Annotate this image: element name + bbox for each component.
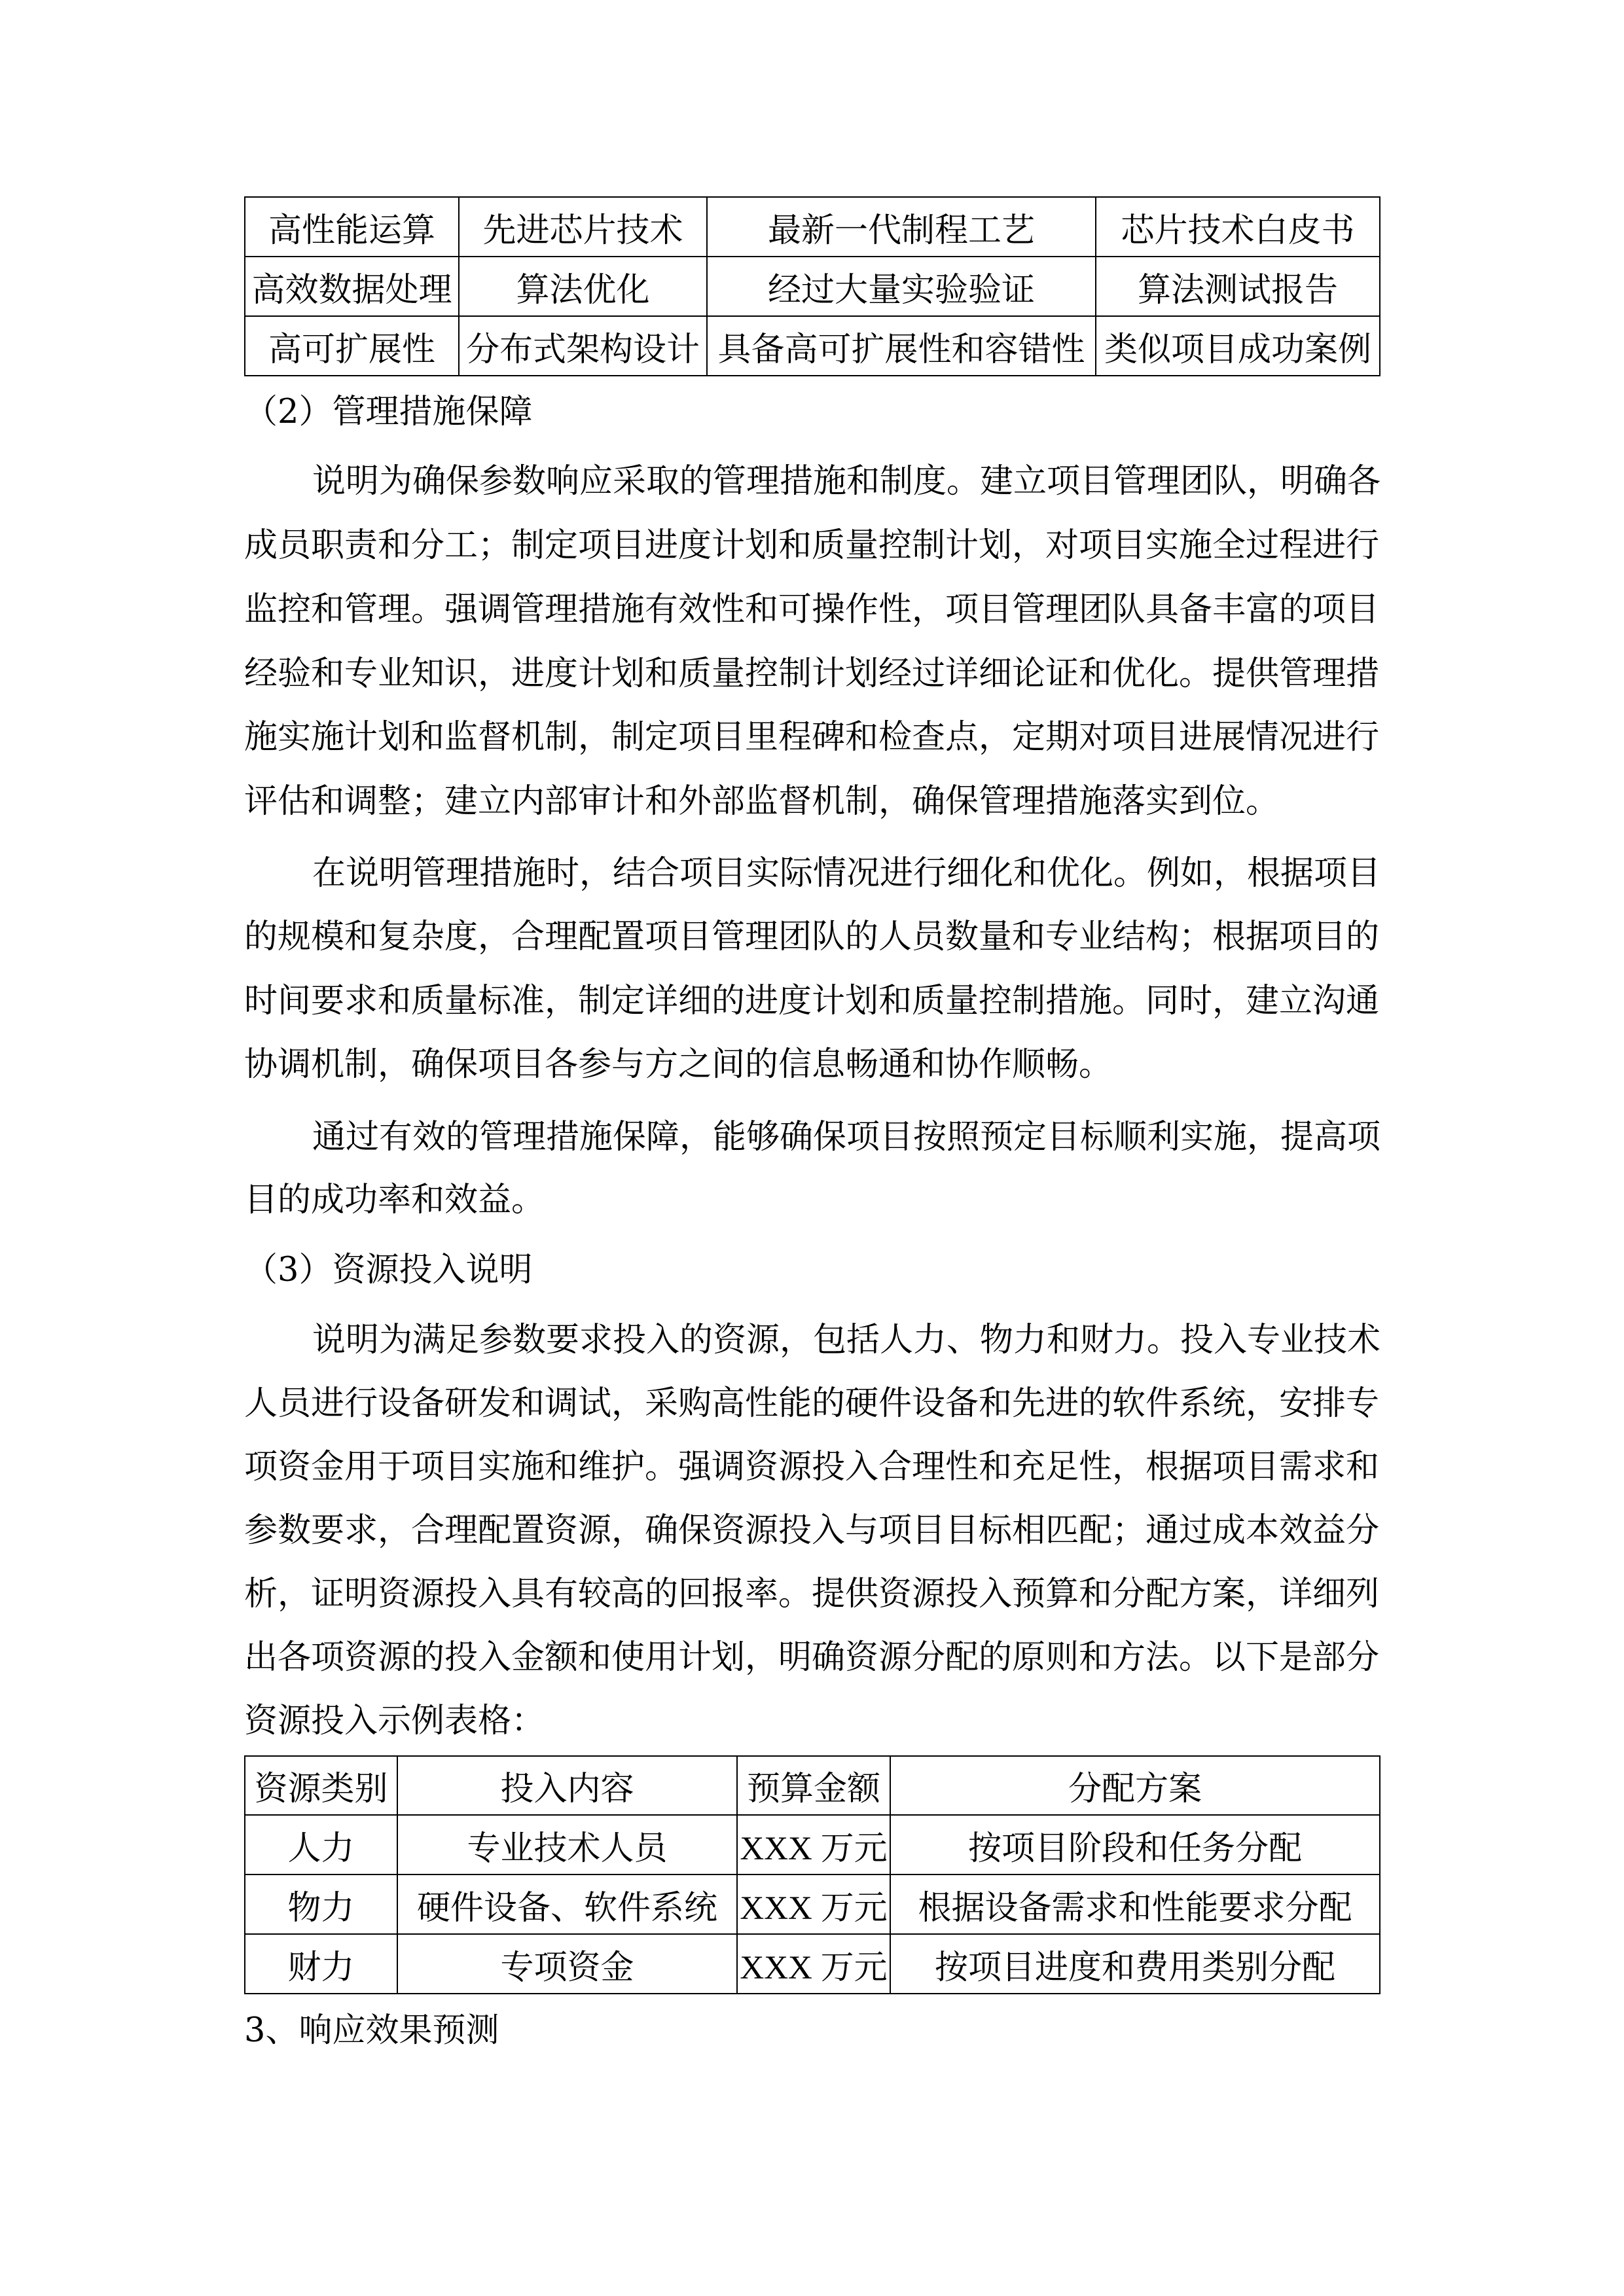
paragraph-line: 说明为满足参数要求投入的资源，包括人力、物力和财力。投入专业技术 (312, 1321, 1379, 1360)
paragraph-line: 经验和专业知识，进度计划和质量控制计划经过详细论证和优化。提供管理措 (244, 655, 1379, 694)
section-heading-response-prediction: 3、响应效果预测 (244, 2011, 1379, 2051)
table-cell: XXX 万元 (737, 1934, 890, 1994)
paragraph-line: 项资金用于项目实施和维护。强调资源投入合理性和充足性，根据项目需求和 (244, 1448, 1379, 1487)
column-header: 预算金额 (737, 1756, 890, 1815)
table-row: 人力 专业技术人员 XXX 万元 按项目阶段和任务分配 (245, 1815, 1380, 1874)
paragraph-line: 的规模和复杂度，合理配置项目管理团队的人员数量和专业结构；根据项目的 (244, 918, 1379, 957)
paragraph-line: 协调机制，确保项目各参与方之间的信息畅通和协作顺畅。 (244, 1045, 1379, 1085)
table-cell: 硬件设备、软件系统 (397, 1874, 737, 1934)
table-cell: 具备高可扩展性和容错性 (707, 316, 1096, 376)
table-cell: 专项资金 (397, 1934, 737, 1994)
paragraph-line: 监控和管理。强调管理措施有效性和可操作性，项目管理团队具备丰富的项目 (244, 590, 1379, 630)
paragraph-line: 人员进行设备研发和调试，采购高性能的硬件设备和先进的软件系统，安排专 (244, 1384, 1379, 1424)
table-row: 高可扩展性 分布式架构设计 具备高可扩展性和容错性 类似项目成功案例 (245, 316, 1380, 376)
table-cell: 芯片技术白皮书 (1096, 197, 1380, 257)
table-cell: 按项目阶段和任务分配 (890, 1815, 1380, 1874)
section-heading-management: （2）管理措施保障 (244, 393, 1379, 432)
paragraph-line: 目的成功率和效益。 (244, 1181, 1379, 1220)
table-cell: 财力 (245, 1934, 397, 1994)
table-cell: 算法优化 (459, 257, 707, 316)
table-cell: 高性能运算 (245, 197, 459, 257)
column-header: 资源类别 (245, 1756, 397, 1815)
paragraph-line: 出各项资源的投入金额和使用计划，明确资源分配的原则和方法。以下是部分 (244, 1638, 1379, 1677)
table-cell: 按项目进度和费用类别分配 (890, 1934, 1380, 1994)
paragraph-line: 参数要求，合理配置资源，确保资源投入与项目目标相匹配；通过成本效益分 (244, 1511, 1379, 1551)
resources-table: 资源类别 投入内容 预算金额 分配方案 人力 专业技术人员 XXX 万元 按项目… (244, 1755, 1380, 1994)
table-cell: 算法测试报告 (1096, 257, 1380, 316)
table-cell: 物力 (245, 1874, 397, 1934)
section-heading-resources: （3）资源投入说明 (244, 1251, 1379, 1290)
table-row: 高效数据处理 算法优化 经过大量实验验证 算法测试报告 (245, 257, 1380, 316)
paragraph-line: 通过有效的管理措施保障，能够确保项目按照预定目标顺利实施，提高项 (312, 1118, 1379, 1157)
table-cell: 高可扩展性 (245, 316, 459, 376)
column-header: 分配方案 (890, 1756, 1380, 1815)
table-cell: 经过大量实验验证 (707, 257, 1096, 316)
table-header-row: 资源类别 投入内容 预算金额 分配方案 (245, 1756, 1380, 1815)
table-cell: 专业技术人员 (397, 1815, 737, 1874)
table-cell: 人力 (245, 1815, 397, 1874)
paragraph-line: 在说明管理措施时，结合项目实际情况进行细化和优化。例如，根据项目 (312, 854, 1379, 893)
table-cell: 类似项目成功案例 (1096, 316, 1380, 376)
table-cell: XXX 万元 (737, 1815, 890, 1874)
table-row: 高性能运算 先进芯片技术 最新一代制程工艺 芯片技术白皮书 (245, 197, 1380, 257)
document-page: 高性能运算 先进芯片技术 最新一代制程工艺 芯片技术白皮书 高效数据处理 算法优… (0, 0, 1624, 2296)
table-cell: 最新一代制程工艺 (707, 197, 1096, 257)
paragraph-line: 时间要求和质量标准，制定详细的进度计划和质量控制措施。同时，建立沟通 (244, 982, 1379, 1021)
paragraph-line: 说明为确保参数响应采取的管理措施和制度。建立项目管理团队，明确各 (312, 462, 1379, 501)
paragraph-line: 资源投入示例表格： (244, 1702, 1379, 1741)
table-cell: XXX 万元 (737, 1874, 890, 1934)
paragraph-line: 评估和调整；建立内部审计和外部监督机制，确保管理措施落实到位。 (244, 782, 1379, 821)
table-cell: 根据设备需求和性能要求分配 (890, 1874, 1380, 1934)
table-row: 财力 专项资金 XXX 万元 按项目进度和费用类别分配 (245, 1934, 1380, 1994)
column-header: 投入内容 (397, 1756, 737, 1815)
paragraph-line: 析，证明资源投入具有较高的回报率。提供资源投入预算和分配方案，详细列 (244, 1575, 1379, 1614)
table-row: 物力 硬件设备、软件系统 XXX 万元 根据设备需求和性能要求分配 (245, 1874, 1380, 1934)
table-cell: 先进芯片技术 (459, 197, 707, 257)
paragraph-line: 成员职责和分工；制定项目进度计划和质量控制计划，对项目实施全过程进行 (244, 526, 1379, 565)
capabilities-table: 高性能运算 先进芯片技术 最新一代制程工艺 芯片技术白皮书 高效数据处理 算法优… (244, 196, 1380, 376)
paragraph-line: 施实施计划和监督机制，制定项目里程碑和检查点，定期对项目进展情况进行 (244, 718, 1379, 757)
table-cell: 高效数据处理 (245, 257, 459, 316)
table-cell: 分布式架构设计 (459, 316, 707, 376)
